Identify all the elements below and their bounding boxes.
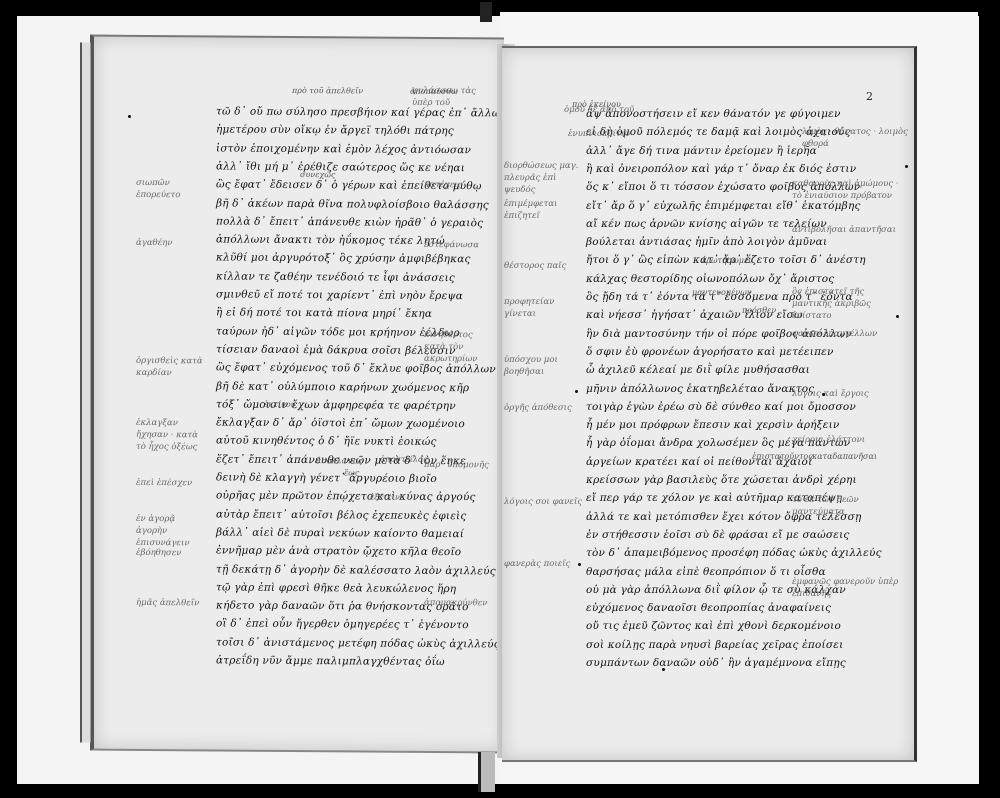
marginal-note: λιμὸς · θάνατος · λοιμὸς φθορά (802, 126, 912, 150)
manuscript-line: κίλλαν τε ζαθέην τενέδοιό τε ἶφι ἀνάσσει… (216, 270, 455, 284)
manuscript-line: ἀπόλλωνι ἄνακτι τὸν ἠΰκομος τέκε λητώ (216, 234, 445, 248)
marginal-note: παρ᾽ ὑπομονῆς (424, 459, 494, 471)
left-interlinear-glosses: πρὸ τοῦ ἀπελθεῖνἀποπαύσθωσυνεχῶςἐκείνουἀ… (94, 37, 504, 40)
marginal-note: ἐμφανῶς φανεροῦν ὑπὲρ ἐπιθανῆς (792, 576, 902, 600)
marginal-note: ὀργισθεὶς κατὰ καρδίαν (136, 355, 206, 379)
manuscript-line: αὐτὰρ ἔπειτ᾽ αὐτοῖσι βέλος ἐχεπευκὲς ἐφι… (216, 508, 466, 522)
manuscript-line: τόξ᾽ ὤμοισιν ἔχων ἀμφηρεφέα τε φαρέτρην (216, 398, 456, 412)
marginal-note: διορθώσεως μαγ. πλευρᾶς ἐπὶ ψευδός (504, 160, 584, 196)
binding-clip-top (480, 2, 492, 22)
interlinear-gloss: ἀπόλλωνος (316, 456, 362, 465)
manuscript-line: ἡμετέρου σὺν οἴκῳ ἐν ἄργεϊ τηλόθι πάτρης (216, 124, 454, 138)
marginal-note: ὀργῆς ἀπόθεσις (504, 402, 584, 414)
right-folio: 2 ἂψ ἀπονοστήσειν εἴ κεν θάνατόν γε φύγο… (502, 46, 917, 762)
manuscript-line: ὅ σφιν ἐὺ φρονέων ἀγορήσατο καὶ μετέειπε… (586, 346, 834, 358)
manuscript-line: εὐχόμενος δαναοῖσι θεοπροπίας ἀναφαίνεις (586, 602, 831, 614)
speck (896, 315, 899, 318)
manuscript-line: ὦ ἀχιλεῦ κέλεαί με διῒ φίλε μυθήσασθαι (586, 364, 810, 376)
manuscript-line: ἐν στήθεσσιν ἑοῖσι σὺ δὲ φράσαι εἴ με σα… (586, 529, 849, 541)
interlinear-gloss: συνεχῶς (300, 170, 335, 179)
manuscript-line: βῆ δὲ κατ᾽ οὐλύμποιο καρήνων χωόμενος κῆ… (216, 380, 469, 394)
manuscript-line: ἢ καὶ ὀνειροπόλον καὶ γάρ τ᾽ ὄναρ ἐκ διό… (586, 163, 856, 175)
interlinear-gloss: καταδαπανῆσαι (812, 452, 877, 461)
manuscript-line: αἴ κέν πως ἀρνῶν κνίσης αἰγῶν τε τελείων (586, 218, 827, 230)
manuscript-line: βάλλ᾽ αἰεὶ δὲ πυραὶ νεκύων καίοντο θαμει… (216, 526, 464, 540)
speck (578, 563, 581, 566)
marginal-note: ἀπομακρύνθεν (424, 597, 494, 609)
manuscript-line: βῆ δ᾽ ἀκέων παρὰ θῖνα πολυφλοίσβοιο θαλά… (216, 197, 489, 211)
interlinear-gloss: ἐρωτήσωμεν (702, 256, 753, 265)
manuscript-line: θαρσήσας μάλα εἰπὲ θεοπρόπιον ὅ τι οἶσθα (586, 566, 826, 578)
manuscript-line: αὐτοῦ κινηθέντος ὁ δ᾽ ἤϊε νυκτὶ ἐοικώς (216, 435, 437, 449)
marginal-note: θέστορος παῖς (504, 260, 584, 272)
speck (575, 390, 578, 393)
marginal-note: ὑπόσχου μοι βοηθῆσαι (504, 354, 584, 378)
marginal-note: ἀγαθέην (136, 237, 206, 249)
manuscript-line: συμπάντων δαναῶν οὐδ᾽ ἢν ἀγαμέμνονα εἴπῃ… (586, 657, 846, 669)
manuscript-line: ἢ εἰ δή ποτέ τοι κατὰ πίονα μηρί᾽ ἔκηα (216, 307, 432, 321)
manuscript-line: σμινθεῦ εἴ ποτέ τοι χαρίεντ᾽ ἐπὶ νηὸν ἔρ… (216, 288, 463, 302)
marginal-note: ἀντιβολῆσαι ἀπαντῆσαι (792, 224, 902, 236)
manuscript-line: οὔ τις ἐμεῦ ζῶντος καὶ ἐπὶ χθονὶ δερκομέ… (586, 620, 841, 632)
marginal-note: κινηθέντος κατὰ τὸν ἀκρωτηρίων (424, 329, 494, 365)
marginal-note: κατέχεις (424, 179, 494, 191)
marginal-note: προφητείαν γίνεται (504, 296, 584, 320)
manuscript-line: ἀλλ᾽ ἴθι μή μ᾽ ἐρέθιζε σαώτερος ὥς κε νέ… (216, 160, 465, 174)
marginal-note: φανῶν ἐπαγγέλλων (792, 328, 902, 340)
marginal-note: ἐπεὶ ἐπέσχεν (136, 477, 206, 489)
left-margin-outer: σιωπῶν ἐπορεύετοἀγαθέηνὀργισθεὶς κατὰ κα… (94, 37, 504, 40)
manuscript-line: μῆνιν ἀπόλλωνος ἑκατηβελέταο ἄνακτος (586, 383, 814, 395)
manuscript-line: ἦ μέν μοι πρόφρων ἔπεσιν καὶ χερσὶν ἀρήξ… (586, 419, 839, 431)
folio-number: 2 (866, 90, 873, 103)
manuscript-line: κάλχας θεστορίδης οἰωνοπόλων ὄχ᾽ ἄριστος (586, 273, 834, 285)
manuscript-line: οἳ δ᾽ ἐπεὶ οὖν ἤγερθεν ὁμηγερέες τ᾽ ἐγέν… (216, 618, 469, 632)
left-folio: τῶ δ᾽ οὔ πω σύλησο πρεσβήιον καί γέρας ἐ… (90, 35, 504, 754)
manuscript-line: τίσειαν δαναοὶ ἐμὰ δάκρυα σοῖσι βέλεσσιν (216, 343, 456, 357)
speck (905, 165, 908, 168)
manuscript-line: κρείσσων γὰρ βασιλεὺς ὅτε χώσεται ἀνδρὶ … (586, 474, 857, 486)
marginal-note: ἐστεφάνωσα (424, 239, 494, 251)
interlinear-gloss: ἀποπαύσθω (410, 87, 458, 96)
interlinear-gloss: πρὸ ἐκείνου (572, 100, 621, 109)
manuscript-line: ἐννῆμαρ μὲν ἀνὰ στρατὸν ᾤχετο κῆλα θεοῖο (216, 545, 461, 559)
manuscript-line: ἱστὸν ἐποιχομένην καὶ ἐμὸν λέχος ἀντιόωσ… (216, 142, 471, 156)
speck (662, 668, 665, 671)
manuscript-line: δεινὴ δὲ κλαγγὴ γένετ᾽ ἀργυρέοιο βιοῖο (216, 471, 437, 485)
binding-clip-bottom (478, 752, 495, 792)
interlinear-gloss: ἐκείνου (264, 400, 296, 409)
interlinear-gloss: ἐπιστατοῦντος (752, 452, 813, 461)
interlinear-gloss: μαντευομένων (692, 288, 752, 297)
manuscript-line: οὐρῆας μὲν πρῶτον ἐπῴχετο καὶ κύνας ἀργο… (216, 490, 476, 504)
manuscript-line: ἔκλαγξαν δ᾽ ἄρ᾽ ὀϊστοὶ ἐπ᾽ ὤμων χωομένοι… (216, 417, 465, 431)
manuscript-line: σοὶ κοίλῃς παρὰ νηυσὶ βαρείας χεῖρας ἐπο… (586, 639, 843, 651)
manuscript-line: τῇ δεκάτῃ δ᾽ ἀγορὴν δὲ καλέσσατο λαὸν ἀχ… (216, 563, 496, 577)
manuscript-line: κλῦθί μοι ἀργυρότοξ᾽ ὃς χρύσην ἀμφιβέβηκ… (216, 252, 471, 266)
manuscript-line: πολλὰ δ᾽ ἔπειτ᾽ ἀπάνευθε κιὼν ἠρᾶθ᾽ ὁ γε… (216, 215, 483, 229)
marginal-note: χείρονι ἐλάττονι (792, 434, 902, 446)
interlinear-gloss: πρὸ τοῦ ἀπελθεῖν (292, 86, 363, 95)
marginal-note: ἐβόηθησεν (136, 547, 206, 559)
manuscript-line: τῷ γὰρ ἐπὶ φρεσὶ θῆκε θεὰ λευκώλενος ἥρη (216, 581, 456, 595)
marginal-note: λόγοις καὶ ἔργοις (792, 388, 902, 400)
interlinear-gloss: ἀποστείλας (380, 455, 428, 464)
manuscript-line: ἀτρεΐδη νῦν ἄμμε παλιμπλαγχθέντας ὀΐω (216, 654, 445, 668)
manuscript-line: βούλεται ἀντιάσας ἡμῖν ἀπὸ λοιγὸν ἀμῦναι (586, 236, 827, 248)
marginal-note: τὸ ἐκ τῶν θεῶν μαντεύματα (792, 494, 902, 518)
marginal-note: ἡμᾶς ἀπελθεῖν (136, 597, 206, 609)
left-main-text: τῶ δ᾽ οὔ πω σύλησο πρεσβήιον καί γέρας ἐ… (94, 37, 504, 40)
manuscript-line: ἀλλ᾽ ἄγε δή τινα μάντιν ἐρείομεν ἢ ἱερῆα (586, 145, 817, 157)
marginal-note: ἐν ἀγορᾷ ἀγορὴν ἐπισυνάγειν (136, 513, 206, 549)
speck (128, 115, 131, 118)
left-margin-inner: φυλάσσων τὰς ὑπὲρ τοῦκατέχειςἐστεφάνωσακ… (94, 37, 504, 40)
manuscript-line: τοιγὰρ ἐγὼν ἐρέω σὺ δὲ σύνθεο καί μοι ὄμ… (586, 401, 856, 413)
manuscript-line: τοῖσι δ᾽ ἀνιστάμενος μετέφη πόδας ὠκὺς ἀ… (216, 636, 500, 650)
interlinear-gloss: ἐξέτεινε (370, 493, 404, 502)
marginal-note: λόγοις σοι φανεῖς (504, 496, 584, 508)
marginal-note: ὃς ἐπιστατεῖ τῆς μαντικῆς ἀκριβῶς ἐπίστα… (792, 286, 902, 322)
marginal-note: ἐνυπνιοκρίτην (568, 128, 648, 140)
marginal-note: καθαροὺς καὶ ἀμώμους · τὸ ἐνιαύσιον πρόβ… (792, 178, 902, 202)
marginal-note: ἐπιμέμφεται ἐπιζητεῖ (504, 198, 584, 222)
speck (822, 393, 825, 396)
interlinear-gloss: πρόσθεν (742, 306, 776, 315)
marginal-note: σιωπῶν ἐπορεύετο (136, 177, 206, 201)
marginal-note: ἐκλαγξαν ἤχησαν · κατὰ τὸ ἦχος ὀξέως (136, 417, 206, 453)
manuscript-line: τὸν δ᾽ ἀπαμειβόμενος προσέφη πόδας ὠκὺς … (586, 547, 882, 559)
marginal-note: φανερὰς ποιεῖς (504, 558, 584, 570)
interlinear-gloss: ἕως (344, 468, 359, 477)
